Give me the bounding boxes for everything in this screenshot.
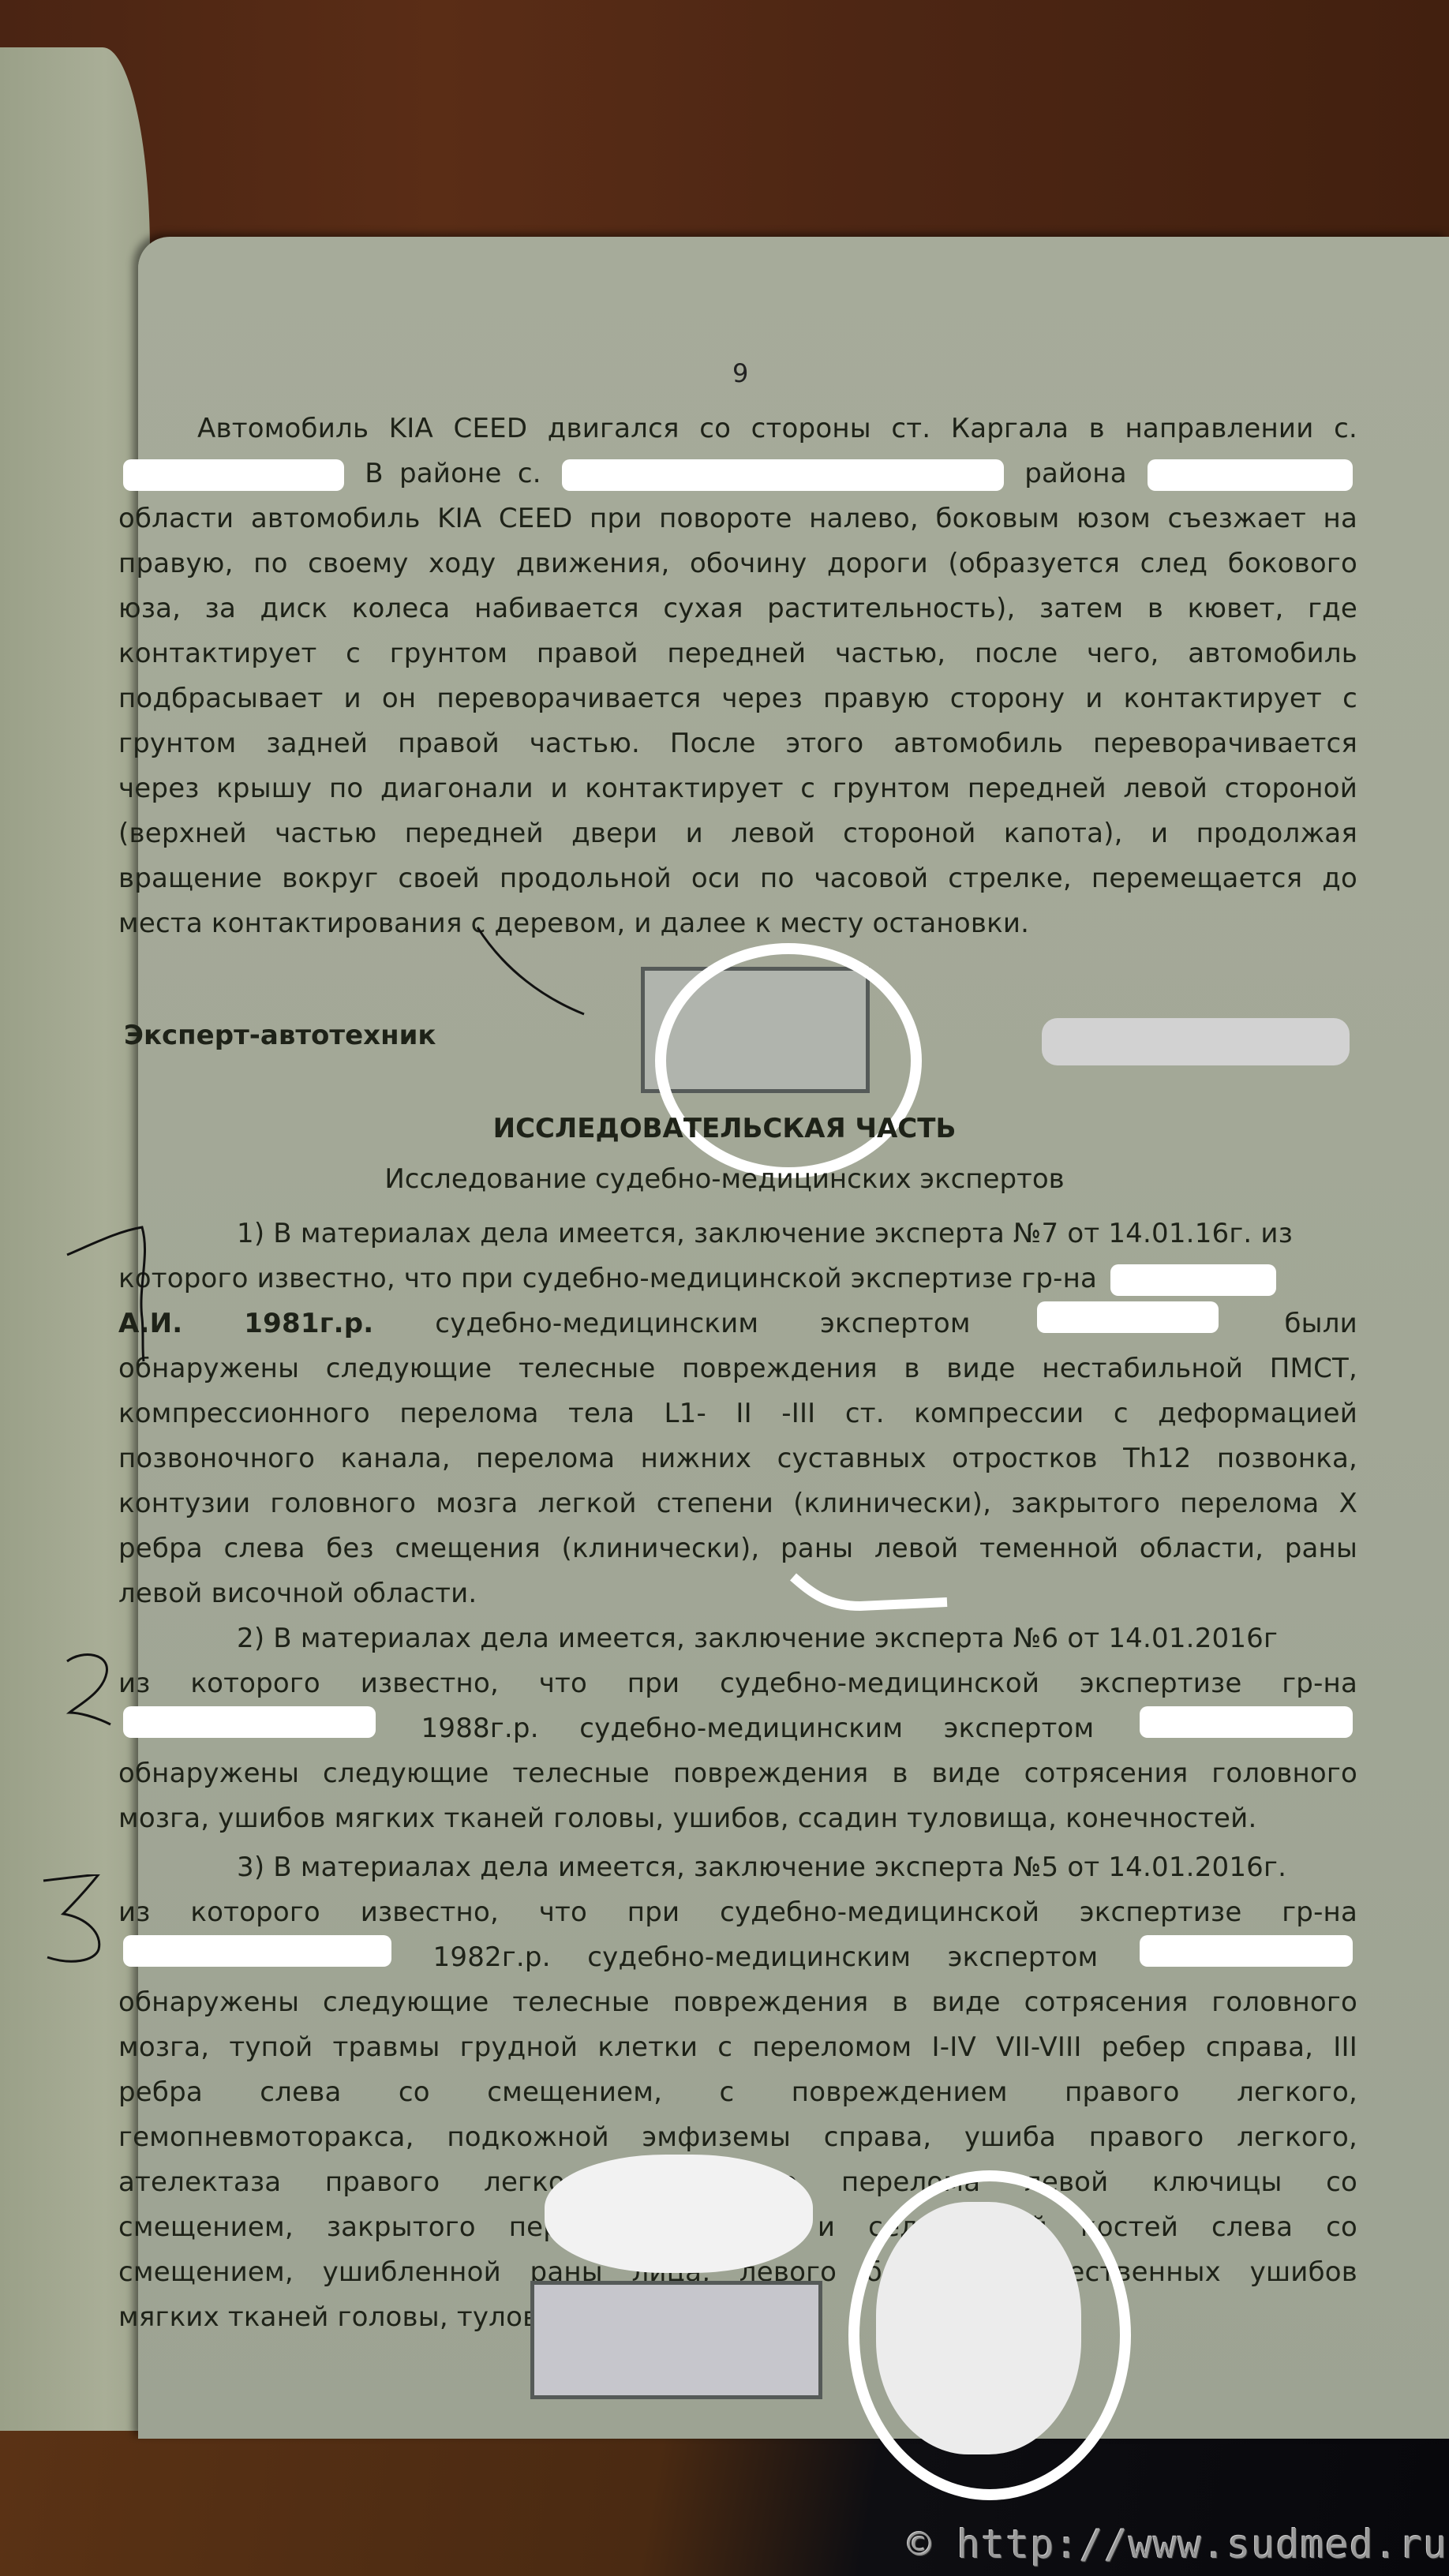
redaction-mark bbox=[1140, 1935, 1353, 1967]
watermark: © http://www.sudmed.ru bbox=[908, 2522, 1447, 2567]
section-title: ИССЛЕДОВАТЕЛЬСКАЯ ЧАСТЬ bbox=[0, 1113, 1449, 1144]
text-line-with-redaction: которого известно, что при судебно-медиц… bbox=[118, 1256, 1357, 1301]
text-line: гемопневмоторакса, подкожной эмфиземы сп… bbox=[118, 2115, 1357, 2160]
text-line: мозга, ушибов мягких тканей головы, ушиб… bbox=[118, 1796, 1357, 1841]
text-fragment: района bbox=[1024, 458, 1127, 489]
text-fragment: В районе с. bbox=[365, 458, 541, 489]
text-line: позвоночного канала, перелома нижних сус… bbox=[118, 1436, 1357, 1481]
text-fragment: судебно-медицинским bbox=[579, 1706, 903, 1751]
text-line: мозга, тупой травмы грудной клетки с пер… bbox=[118, 2025, 1357, 2070]
page-number: 9 bbox=[732, 351, 749, 396]
text-line: (верхней частью передней двери и левой с… bbox=[118, 811, 1357, 856]
text-line: через крышу по диагонали и контактирует … bbox=[118, 766, 1357, 811]
text-line: компрессионного перелома тела L1- II -II… bbox=[118, 1391, 1357, 1436]
redacted-stamp-box bbox=[530, 2281, 822, 2399]
redaction-mark bbox=[562, 459, 1004, 491]
text-line: из которого известно, что при судебно-ме… bbox=[118, 1890, 1357, 1935]
text-line: ребра слева со смещением, с повреждением… bbox=[118, 2070, 1357, 2115]
text-line: области автомобиль KIA CEED при повороте… bbox=[118, 496, 1357, 541]
redaction-mark bbox=[1110, 1264, 1276, 1296]
section-subtitle: Исследование судебно-медицинских эксперт… bbox=[0, 1163, 1449, 1195]
text-fragment: судебно-медицинским bbox=[587, 1935, 911, 1980]
redacted-signature bbox=[1042, 1018, 1350, 1065]
text-fragment: судебно-медицинским bbox=[435, 1301, 758, 1346]
text-line: обнаружены следующие телесные повреждени… bbox=[118, 1980, 1357, 2025]
text-line: места контактирования с деревом, и далее… bbox=[118, 901, 1357, 946]
text-fragment: были bbox=[1285, 1301, 1357, 1346]
expert-finding-2: 2) В материалах дела имеется, заключение… bbox=[118, 1616, 1357, 1841]
text-line: Автомобиль KIA CEED двигался со стороны … bbox=[118, 406, 1357, 451]
text-line: ребра слева без смещения (клинически), р… bbox=[118, 1526, 1357, 1571]
redaction-underline bbox=[789, 1571, 955, 1618]
text-line: юза, за диск колеса набивается сухая рас… bbox=[118, 586, 1357, 631]
text-line-with-redactions: В районе с. района bbox=[118, 451, 1357, 496]
redaction-mark bbox=[123, 1935, 391, 1967]
text-line: обнаружены следующие телесные повреждени… bbox=[118, 1346, 1357, 1391]
redaction-mark bbox=[1140, 1706, 1353, 1738]
text-line: контузии головного мозга легкой степени … bbox=[118, 1481, 1357, 1526]
handwritten-number-2-icon bbox=[63, 1649, 118, 1728]
text-line: подбрасывает и он переворачивается через… bbox=[118, 676, 1357, 721]
text-line: 2) В материалах дела имеется, заключение… bbox=[118, 1616, 1357, 1661]
handwritten-number-1-icon bbox=[63, 1223, 150, 1365]
handwritten-number-3-icon bbox=[39, 1874, 110, 1969]
redaction-scribble bbox=[545, 2155, 813, 2273]
expert-label: Эксперт-автотехник bbox=[124, 1020, 436, 1051]
redaction-mark bbox=[1037, 1301, 1219, 1333]
text-fragment: которого известно, что при судебно-медиц… bbox=[118, 1263, 1097, 1294]
text-line: 1) В материалах дела имеется, заключение… bbox=[118, 1211, 1357, 1256]
birth-year: 1988г.р. bbox=[421, 1706, 539, 1751]
redaction-mark bbox=[1148, 459, 1353, 491]
text-line: контактирует с грунтом правой передней ч… bbox=[118, 631, 1357, 676]
text-line: вращение вокруг своей продольной оси по … bbox=[118, 856, 1357, 901]
text-line-with-redaction: 1988г.р. судебно-медицинским экспертом bbox=[118, 1706, 1357, 1751]
text-line: правую, по своему ходу движения, обочину… bbox=[118, 541, 1357, 586]
text-fragment: экспертом bbox=[944, 1706, 1095, 1751]
text-line: левой височной области. bbox=[118, 1571, 1357, 1616]
text-line: из которого известно, что при судебно-ме… bbox=[118, 1661, 1357, 1706]
text-fragment: экспертом bbox=[948, 1935, 1099, 1980]
intro-paragraph: Автомобиль KIA CEED двигался со стороны … bbox=[118, 406, 1357, 946]
redaction-mark bbox=[123, 1706, 376, 1738]
redaction-scribble-fill bbox=[876, 2202, 1081, 2454]
text-line: обнаружены следующие телесные повреждени… bbox=[118, 1751, 1357, 1796]
text-line: 3) В материалах дела имеется, заключение… bbox=[118, 1845, 1357, 1890]
text-line-with-redaction: 1982г.р. судебно-медицинским экспертом bbox=[118, 1935, 1357, 1980]
handwritten-stroke-icon bbox=[474, 923, 592, 1018]
text-line-with-redaction: А.И. 1981г.р. судебно-медицинским экспер… bbox=[118, 1301, 1357, 1346]
expert-finding-1: 1) В материалах дела имеется, заключение… bbox=[118, 1211, 1357, 1616]
redaction-mark bbox=[123, 459, 344, 491]
text-line: грунтом задней правой частью. После этог… bbox=[118, 721, 1357, 766]
birth-year: 1981г.р. bbox=[244, 1301, 373, 1346]
birth-year: 1982г.р. bbox=[433, 1935, 551, 1980]
text-fragment: экспертом bbox=[820, 1301, 971, 1346]
